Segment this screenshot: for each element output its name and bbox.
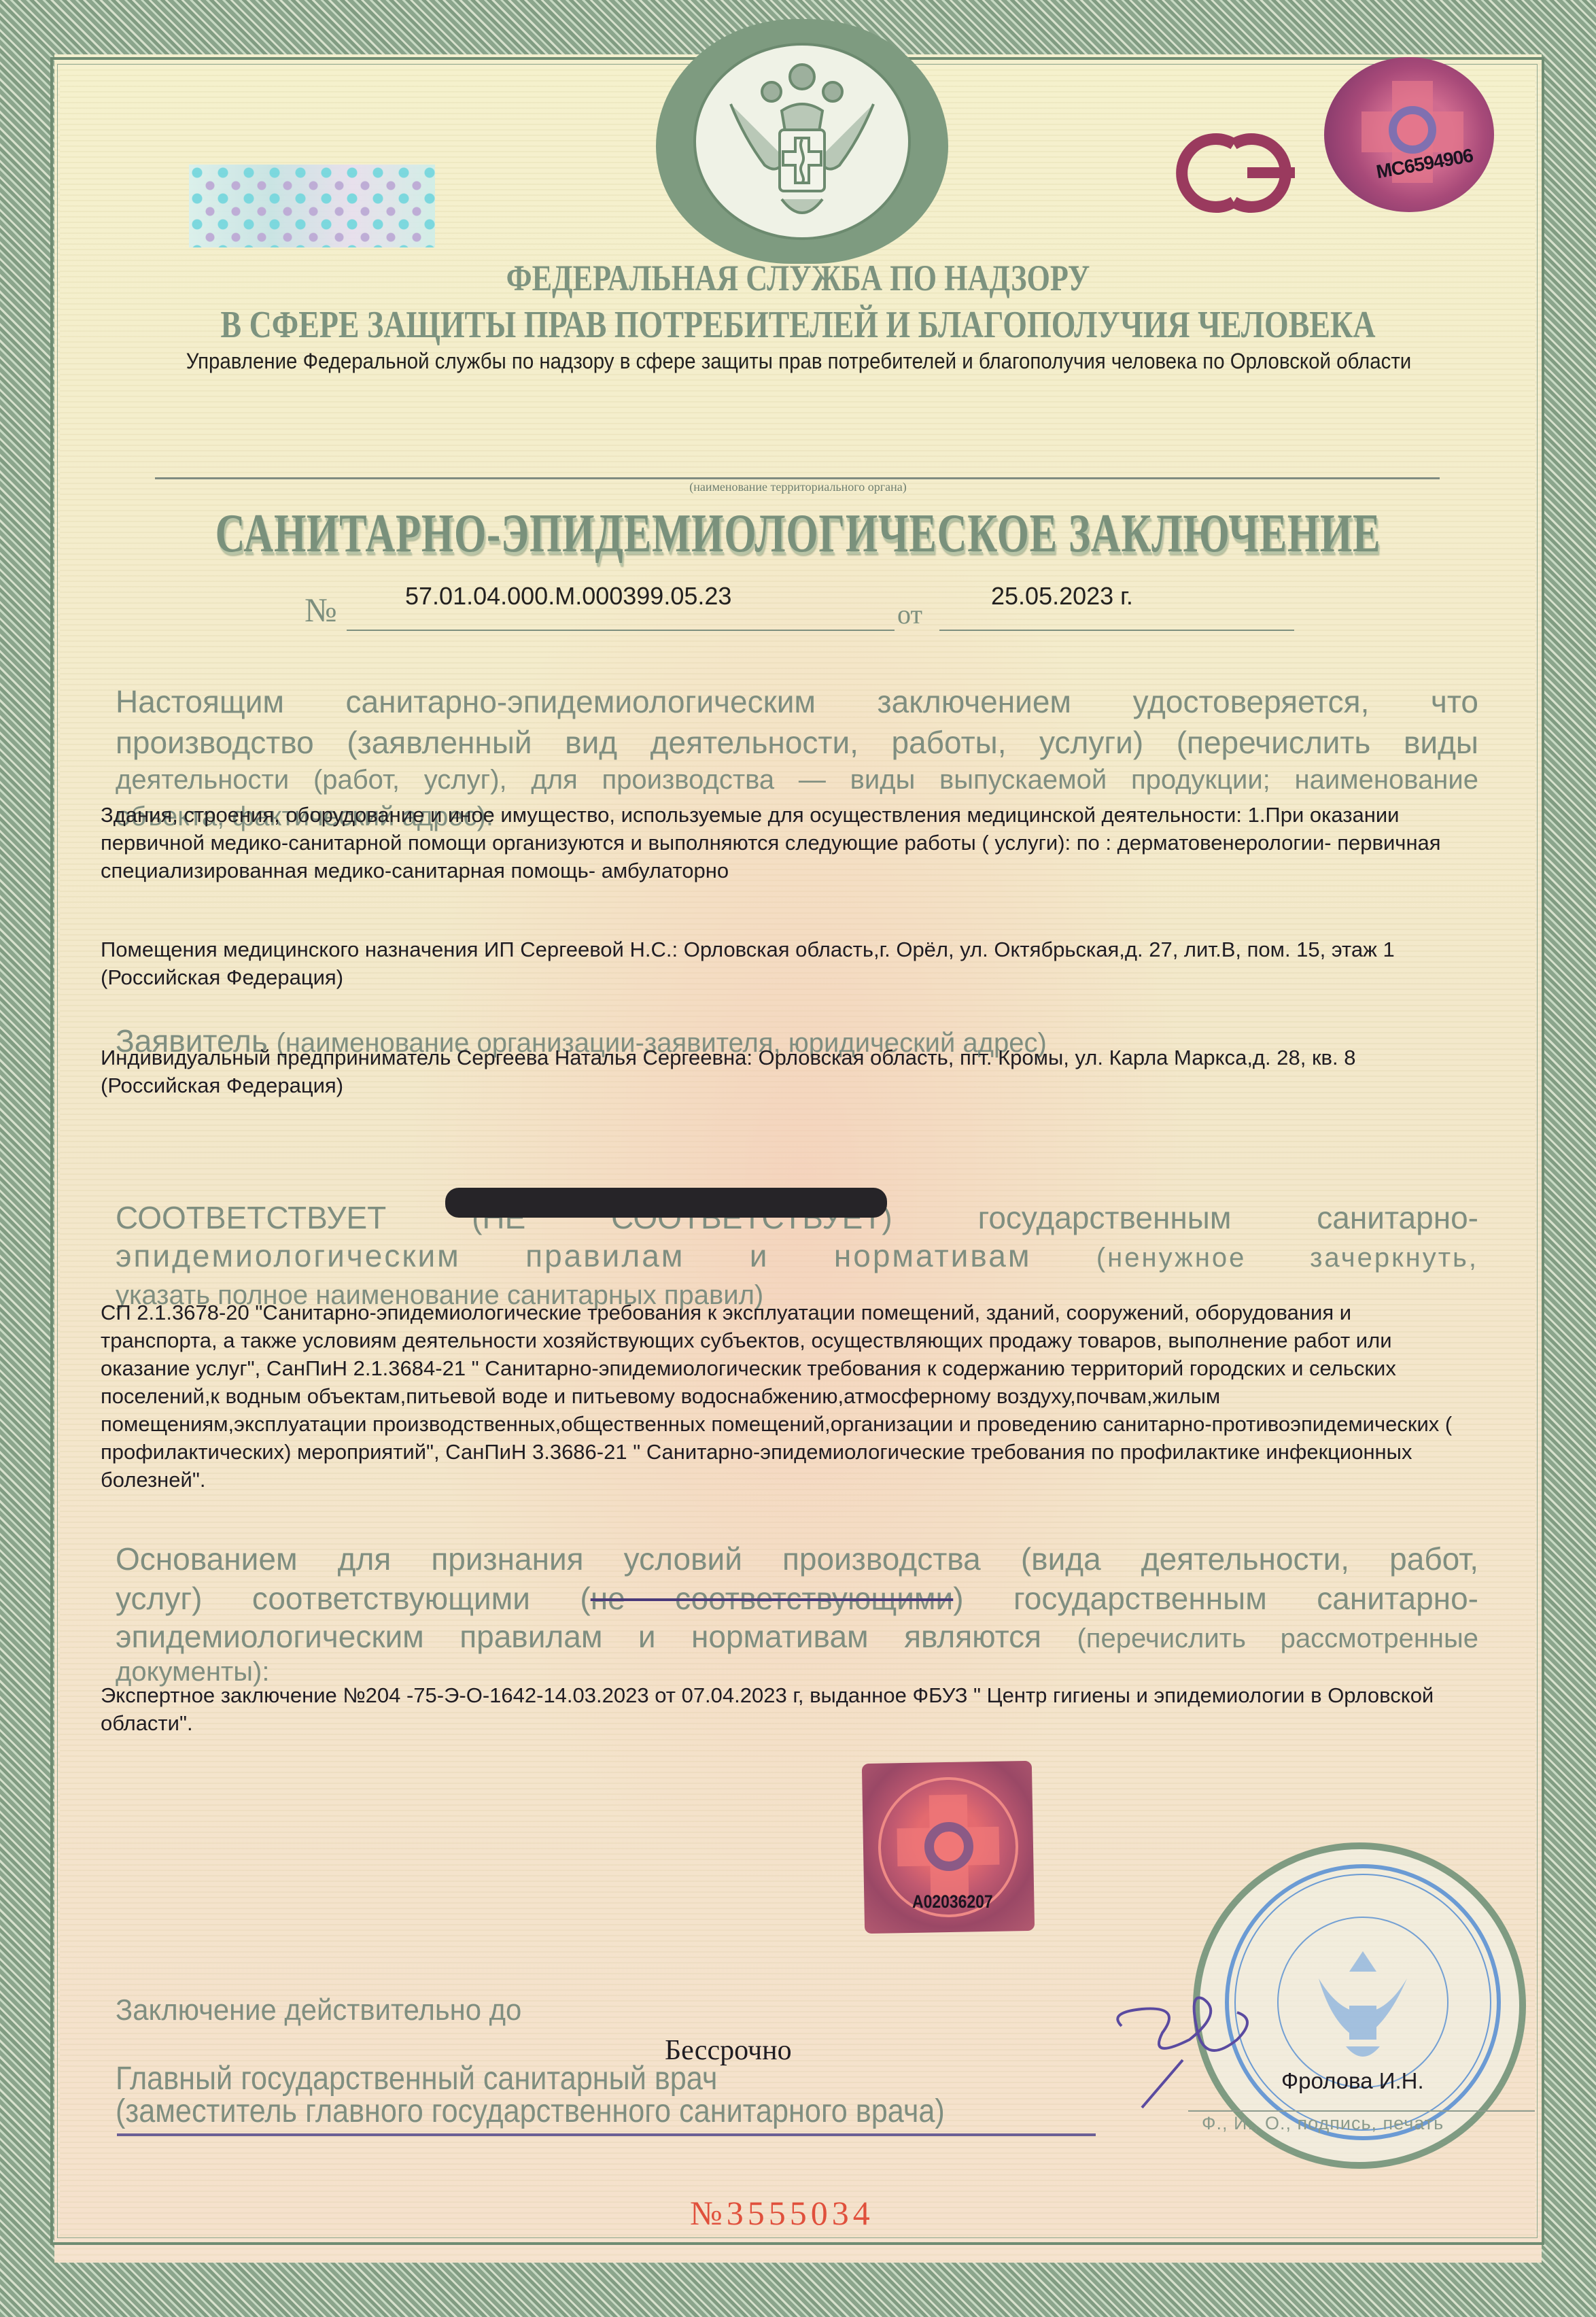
- date-label: от: [897, 598, 922, 630]
- agency-name-line2: В СФЕРЕ ЗАЩИТЫ ПРАВ ПОТРЕБИТЕЛЕЙ И БЛАГО…: [143, 303, 1452, 347]
- basis-line2: услуг) соответствующими (не соответствую…: [116, 1579, 1478, 1618]
- basis-negation-struck: не соответствующими: [591, 1581, 954, 1616]
- agency-name-line1: ФЕДЕРАЛЬНАЯ СЛУЖБА ПО НАДЗОРУ: [143, 257, 1452, 299]
- territorial-body-underline: [155, 477, 1440, 479]
- date-underline: [939, 630, 1294, 631]
- facility-address: Помещения медицинского назначения ИП Сер…: [101, 936, 1467, 991]
- document-title: САНИТАРНО-ЭПИДЕМИОЛОГИЧЕСКОЕ ЗАКЛЮЧЕНИЕ: [192, 503, 1404, 565]
- rospotrebnadzor-emblem: [656, 19, 948, 264]
- hologram-strip: [189, 165, 435, 247]
- basis-line1: Основанием для признания условий произво…: [116, 1539, 1478, 1579]
- territorial-body: Управление Федеральной службы по надзору…: [158, 347, 1440, 375]
- signature-icon: [1101, 1972, 1325, 2121]
- validity-label: Заключение действительно до: [116, 1993, 521, 2027]
- compliance-line2-text: эпидемиологическим правилам и нормативам: [116, 1238, 1032, 1273]
- double-headed-eagle-icon: [717, 56, 887, 233]
- signatory-name: Фролова И.Н.: [1281, 2068, 1424, 2094]
- form-serial-number: №3555034: [690, 2193, 874, 2233]
- basis-line3-hint: (перечислить рассмотренные: [1077, 1624, 1478, 1653]
- compliance-line1-rest: государственным санитарно-: [978, 1200, 1478, 1235]
- activity-description: Здания, строения, оборудование и иное им…: [101, 801, 1467, 885]
- activity-preprint-line1: Настоящим санитарно-эпидемиологическим з…: [116, 682, 1478, 721]
- compliance-line2-hint: (ненужное зачеркнуть,: [1096, 1243, 1478, 1273]
- basis-line2-a: услуг) соответствующими (: [116, 1581, 591, 1616]
- hologram-c-icon: [1389, 106, 1436, 154]
- signatory-title-alt: (заместитель главного государственного с…: [116, 2093, 945, 2130]
- strikeout-mark: [445, 1188, 887, 1218]
- se-logo-icon: [1159, 131, 1305, 216]
- signature-underline: [117, 2133, 1096, 2136]
- number-label: №: [305, 590, 337, 630]
- activity-preprint-line3: деятельности (работ, услуг), для произво…: [116, 760, 1478, 800]
- territorial-body-caption: (наименование территориального органа): [0, 480, 1596, 494]
- basis-line3-text: эпидемиологическим правилам и нормативам…: [116, 1619, 1041, 1654]
- basis-documents: Экспертное заключение №204 -75-Э-О-1642-…: [101, 1681, 1467, 1737]
- conclusion-date: 25.05.2023 г.: [991, 582, 1133, 611]
- signatory-underline: [1188, 2110, 1535, 2112]
- certificate-page: МС6594906 ФЕДЕРАЛЬНАЯ СЛУЖБА ПО НАДЗОРУ …: [0, 0, 1596, 2317]
- compliance-status: СООТВЕТСТВУЕТ: [116, 1200, 386, 1235]
- signatory-caption: Ф., И., О., подпись, печать: [1202, 2113, 1444, 2134]
- conclusion-number: 57.01.04.000.М.000399.05.23: [405, 582, 731, 611]
- applicant-value: Индивидуальный предприниматель Сергеева …: [101, 1044, 1467, 1099]
- hologram-seal-top: [1324, 57, 1494, 212]
- activity-preprint-line2-text: производство (заявленный вид деятельност…: [116, 725, 1478, 760]
- number-underline: [347, 630, 895, 631]
- hologram-bottom-serial: А02036207: [912, 1891, 993, 1912]
- signatory-title: Главный государственный санитарный врач: [116, 2060, 717, 2097]
- basis-line2-b: ) государственным санитарно-: [953, 1581, 1478, 1616]
- compliance-line2: эпидемиологическим правилам и нормативам…: [116, 1236, 1478, 1277]
- sanitary-rules-list: СП 2.1.3678-20 "Санитарно-эпидемиологиче…: [101, 1299, 1467, 1494]
- activity-preprint-line2: производство (заявленный вид деятельност…: [116, 723, 1478, 762]
